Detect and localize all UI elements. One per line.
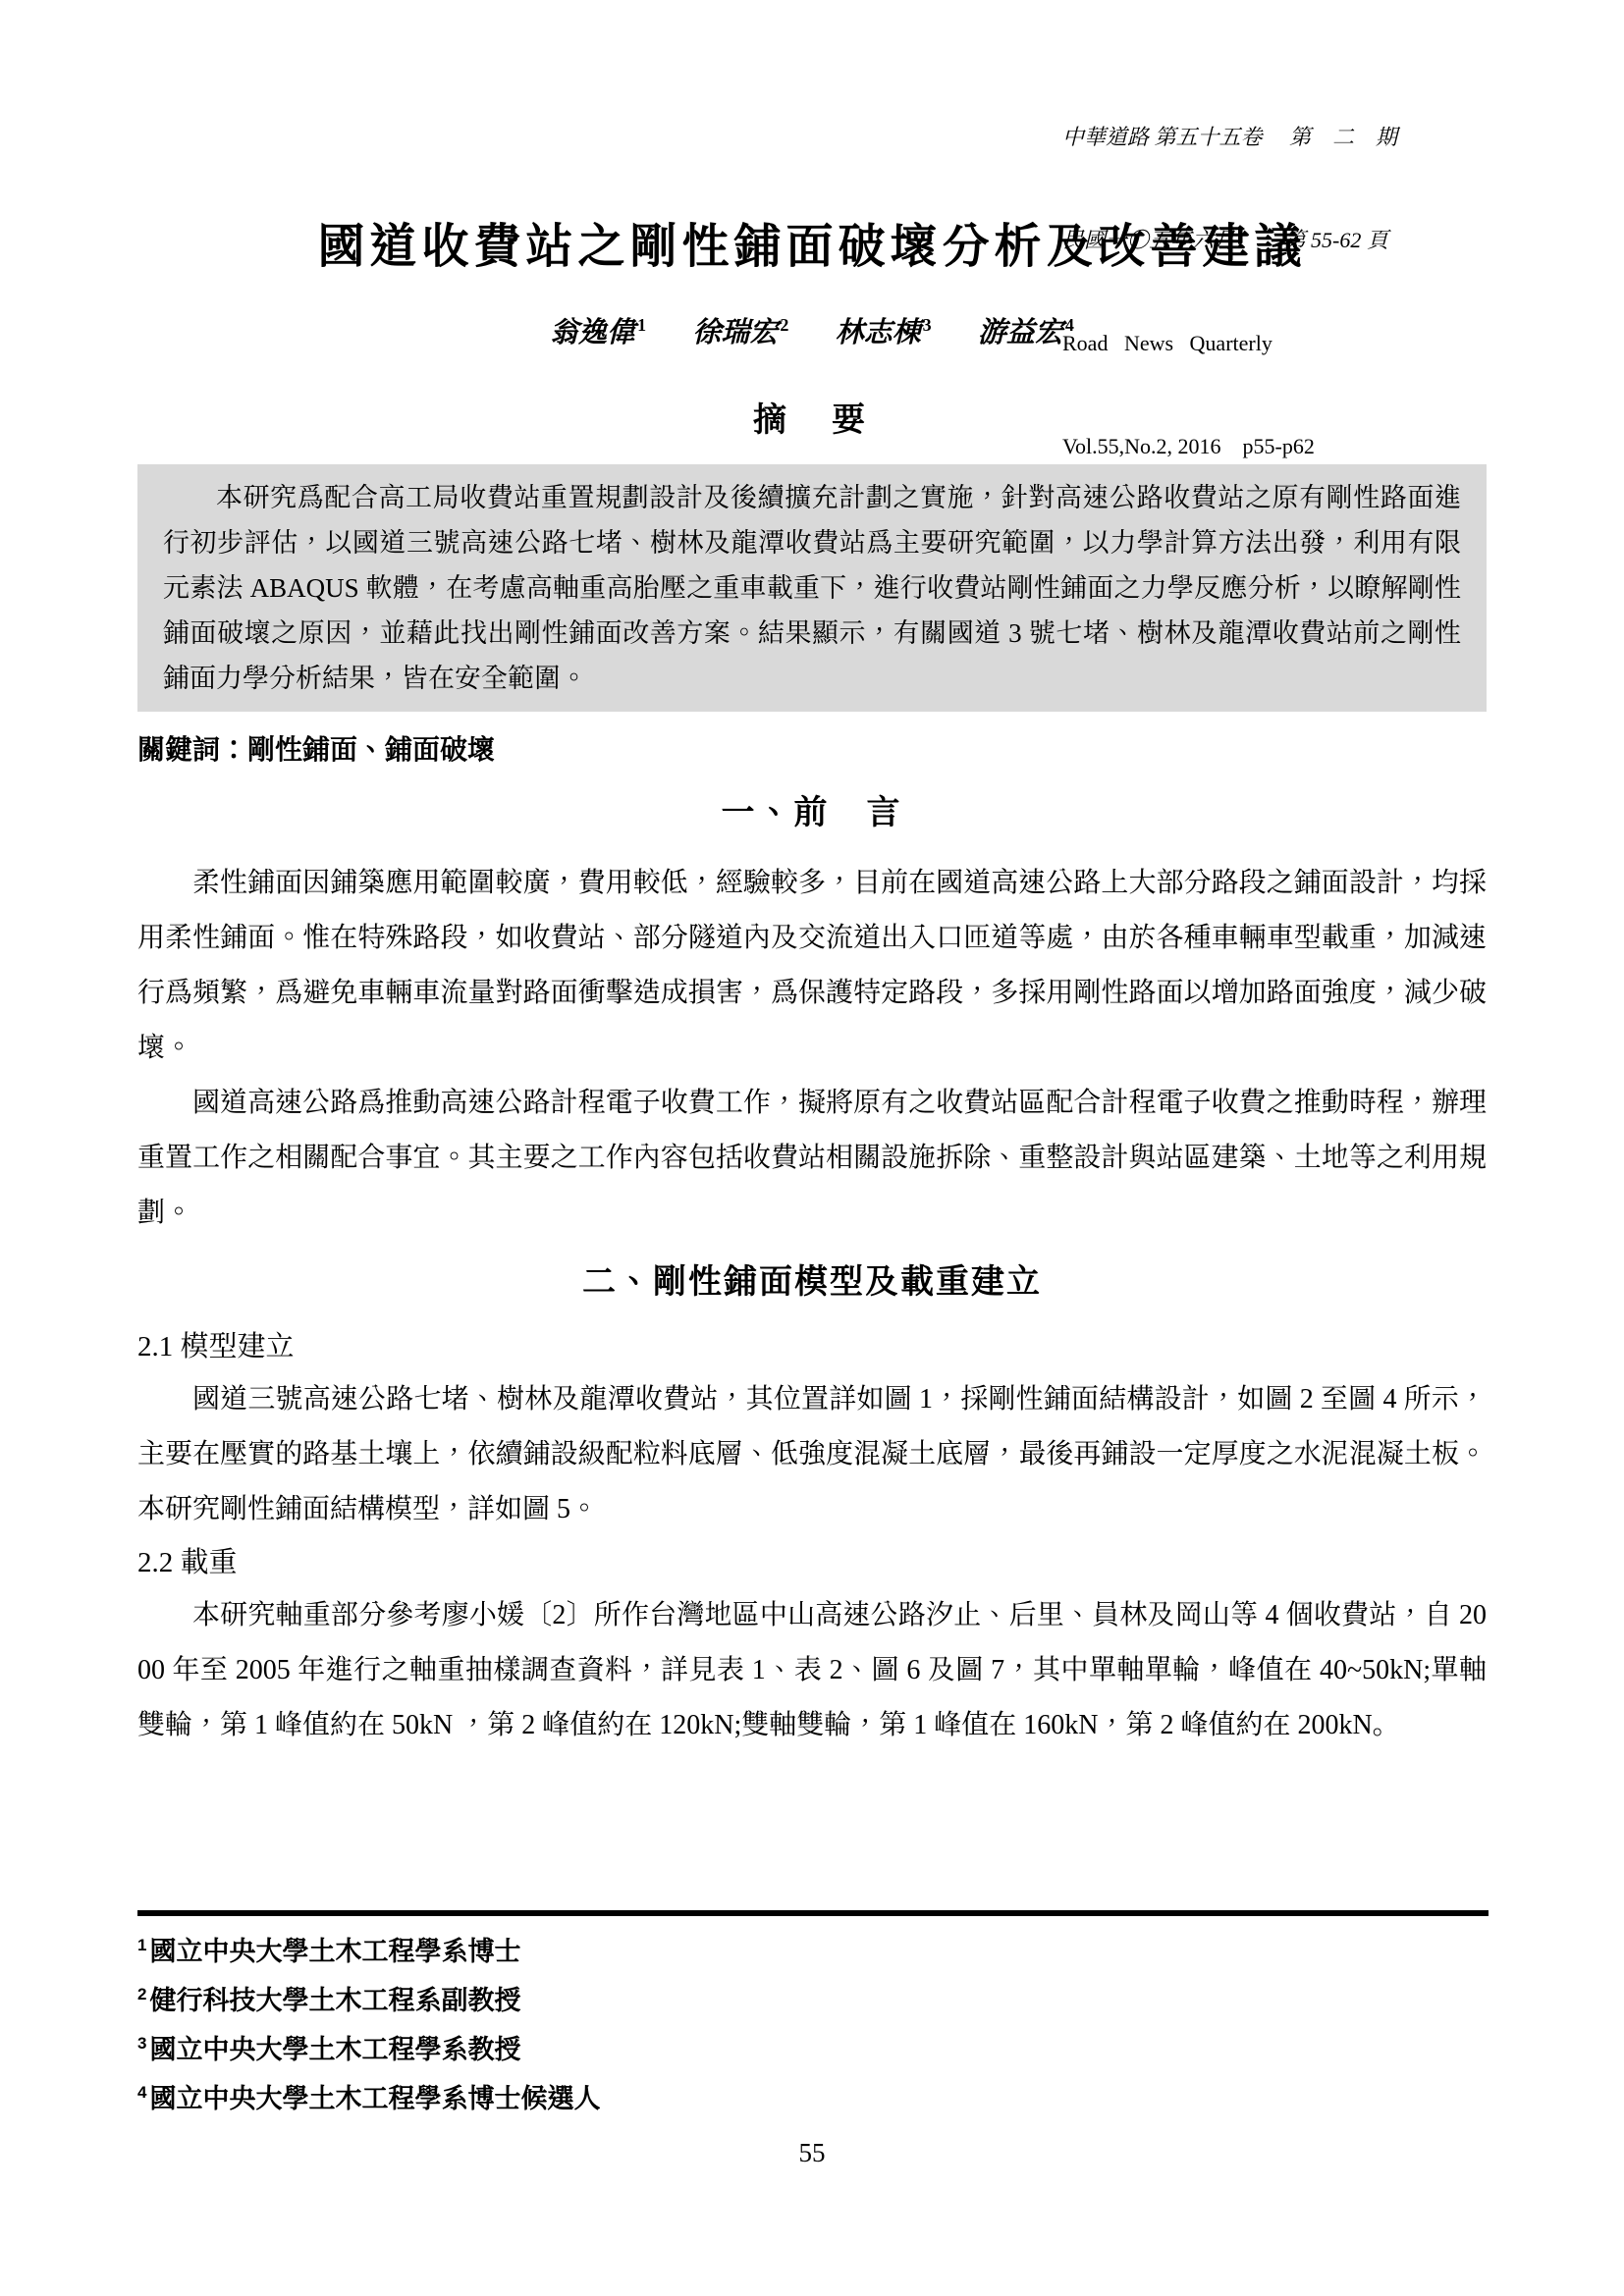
author-1: 翁逸偉1 (550, 317, 646, 348)
page-number: 55 (0, 2138, 1624, 2168)
paper-title: 國道收費站之剛性鋪面破壞分析及改善建議 (0, 208, 1624, 276)
author-4-name: 游益宏 (978, 317, 1063, 348)
footnote-1-superscript: 1 (137, 1936, 146, 1954)
author-4-superscript: 4 (1065, 315, 1074, 335)
footnote-1: 1國立中央大學土木工程學系博士 (137, 1924, 1489, 1973)
footnote-4-superscript: 4 (137, 2083, 146, 2102)
section-1-heading: 一、前 言 (0, 785, 1624, 833)
footnote-4: 4國立中央大學土木工程學系博士候選人 (137, 2071, 1489, 2120)
main-text: 柔性鋪面因鋪築應用範圍較廣，費用較低，經驗較多，目前在國道高速公路上大部分路段之… (137, 856, 1487, 1753)
footnote-2-superscript: 2 (137, 1985, 146, 2003)
paper-page: 中華道路 第五十五卷 第 二 期 民國一〇五年六月 第 55-62 頁 Road… (0, 0, 1624, 2296)
author-2-name: 徐瑞宏 (692, 317, 778, 348)
author-1-superscript: 1 (637, 315, 646, 335)
footnote-3: 3國立中央大學土木工程學系教授 (137, 2022, 1489, 2071)
author-3-name: 林志棟 (836, 317, 921, 348)
section-1-paragraph-2: 國道高速公路爲推動高速公路計程電子收費工作，擬將原有之收費站區配合計程電子收費之… (137, 1076, 1487, 1241)
author-3-superscript: 3 (923, 315, 932, 335)
footnote-3-superscript: 3 (137, 2034, 146, 2053)
footnote-divider (137, 1910, 1489, 1916)
subsection-2-1-paragraph-1: 國道三號高速公路七堵、樹林及龍潭收費站，其位置詳如圖 1，採剛性鋪面結構設計，如… (137, 1372, 1487, 1537)
footnote-2-text: 健行科技大學土木工程系副教授 (149, 1986, 520, 2015)
author-3: 林志棟3 (836, 317, 932, 348)
author-2-superscript: 2 (780, 315, 788, 335)
footnotes-block: 1國立中央大學土木工程學系博士 2健行科技大學土木工程系副教授 3國立中央大學土… (137, 1910, 1489, 2120)
author-2: 徐瑞宏2 (692, 317, 788, 348)
journal-header-line-volume: 中華道路 第五十五卷 第 二 期 (1062, 120, 1397, 154)
author-4: 游益宏4 (978, 317, 1074, 348)
subsection-2-2-paragraph-1: 本研究軸重部分參考廖小媛〔2〕所作台灣地區中山高速公路汐止、后里、員林及岡山等 … (137, 1588, 1487, 1753)
footnote-2: 2健行科技大學土木工程系副教授 (137, 1973, 1489, 2022)
subsection-2-2-label: 2.2 載重 (137, 1537, 1487, 1588)
section-1-paragraph-1: 柔性鋪面因鋪築應用範圍較廣，費用較低，經驗較多，目前在國道高速公路上大部分路段之… (137, 856, 1487, 1076)
footnote-4-text: 國立中央大學土木工程學系博士候選人 (149, 2084, 600, 2113)
abstract-box: 本研究爲配合高工局收費站重置規劃設計及後續擴充計劃之實施，針對高速公路收費站之原… (137, 464, 1487, 712)
keywords-line: 關鍵詞：剛性鋪面、鋪面破壞 (137, 728, 495, 768)
author-1-name: 翁逸偉 (550, 317, 635, 348)
journal-header: 中華道路 第五十五卷 第 二 期 民國一〇五年六月 第 55-62 頁 Road… (1062, 51, 1397, 532)
footnote-1-text: 國立中央大學土木工程學系博士 (149, 1937, 520, 1966)
authors-row: 翁逸偉1 徐瑞宏2 林志棟3 游益宏4 (0, 310, 1624, 350)
section-2-heading: 二、剛性鋪面模型及載重建立 (137, 1258, 1487, 1306)
footnote-3-text: 國立中央大學土木工程學系教授 (149, 2035, 520, 2064)
abstract-heading: 摘 要 (0, 393, 1624, 441)
subsection-2-1-label: 2.1 模型建立 (137, 1321, 1487, 1372)
